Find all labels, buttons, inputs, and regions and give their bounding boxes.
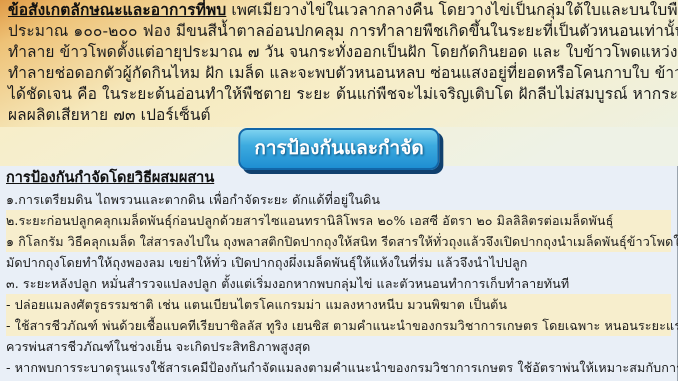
symptoms-line: ได้ชัดเจน คือ ในระยะต้นอ่อนทำให้พืชตาย ร… — [8, 84, 670, 105]
document-page: { "colors": { "top_gradient_start": "#e0… — [0, 0, 678, 381]
symptoms-line-text: เพศเมียวางไข่ในเวลากลางคืน โดยวางไข่เป็น… — [226, 1, 678, 19]
symptoms-line: ทำลายช่อดอกตัวผู้กัดกินไหม ฝัก เมล็ด และ… — [8, 63, 670, 84]
prevention-line: ๑.การเตรียมดิน ไถพรวนและตากดิน เพื่อกำจั… — [6, 189, 671, 210]
prevention-section: การป้องกันกำจัดโดยวิธีผสมผสาน ๑.การเตรีย… — [0, 166, 678, 381]
prevention-line: - ใช้สารชีวภัณฑ์ พ่นด้วยเชื้อแบคทีเรียบา… — [6, 315, 671, 336]
middle-band: การป้องกันและกำจัด — [0, 127, 678, 166]
symptoms-heading: ข้อสังเกตลักษณะและอาการที่พบ — [8, 1, 226, 19]
symptoms-line: ทำลาย ข้าวโพดตั้งแต่อายุประมาณ ๗ วัน จนก… — [8, 42, 670, 63]
symptoms-line: ข้อสังเกตลักษณะและอาการที่พบ เพศเมียวางไ… — [8, 0, 670, 21]
symptoms-line: ประมาณ ๑๐๐-๒๐๐ ฟอง มีขนสีน้ำตาลอ่อนปกคลุ… — [8, 21, 670, 42]
prevention-line: ๒.ระยะก่อนปลูกคลุกเมล็ดพันธุ์ก่อนปลูกด้ว… — [6, 210, 671, 231]
prevention-line: ควรพ่นสารชีวภัณฑ์ในช่วงเย็น จะเกิดประสิท… — [6, 336, 671, 357]
prevention-line: - ปล่อยแมลงศัตรูธรรมชาติ เช่น แตนเบียนไต… — [6, 294, 671, 315]
symptoms-section: ข้อสังเกตลักษณะและอาการที่พบ เพศเมียวางไ… — [0, 0, 678, 127]
prevention-line: มัดปากถุงโดยทำให้ถุงพองลม เขย่าให้ทั่ว เ… — [6, 252, 671, 273]
prevention-line: ๓. ระยะหลังปลูก หมั่นสำรวจแปลงปลูก ตั้งแ… — [6, 273, 671, 294]
prevention-line: - หากพบการระบาดรุนแรงใช้สารเคมีป้องกันกำ… — [6, 357, 671, 378]
prevention-heading: การป้องกันกำจัดโดยวิธีผสมผสาน — [6, 167, 671, 189]
prevention-button[interactable]: การป้องกันและกำจัด — [238, 128, 439, 170]
prevention-line: ๑ กิโลกรัม วิธีคลุกเมล็ด ใส่สารลงไปใน ถุ… — [6, 231, 671, 252]
symptoms-line: ผลผลิตเสียหาย ๗๓ เปอร์เซ็นต์ — [8, 105, 670, 126]
